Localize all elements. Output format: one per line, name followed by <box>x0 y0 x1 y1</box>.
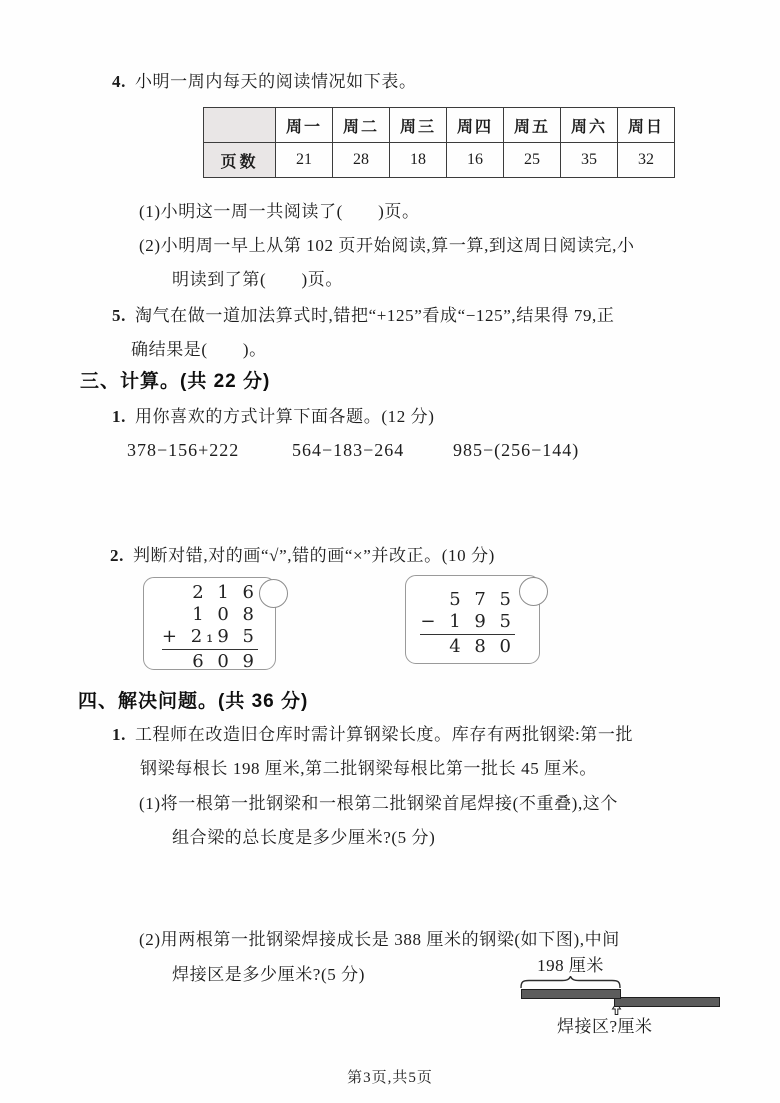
section3-q1-stem: 1.用你喜欢的方式计算下面各题。(12 分) <box>112 402 435 427</box>
section4-q1-part1-line2: 组合梁的总长度是多少厘米?(5 分) <box>172 823 435 848</box>
table-header-row: 周一 周二 周三 周四 周五 周六 周日 <box>204 108 675 143</box>
question-4-number: 4. <box>112 72 126 91</box>
table-day-cell: 周二 <box>333 108 390 143</box>
table-row-label: 页数 <box>204 143 276 178</box>
question-4-stem: 4.小明一周内每天的阅读情况如下表。 <box>112 67 417 92</box>
table-day-cell: 周五 <box>504 108 561 143</box>
table-day-cell: 周六 <box>561 108 618 143</box>
question-5-line1: 淘气在做一道加法算式时,错把“+125”看成“−125”,结果得 79,正 <box>135 306 615 325</box>
table-day-cell: 周四 <box>447 108 504 143</box>
addend-3-with-plus: + 2₁9 5 <box>162 626 258 648</box>
table-day-cell: 周一 <box>276 108 333 143</box>
minuend: 5 7 5 <box>420 589 515 611</box>
section4-q1-part2-line1: (2)用两根第一批钢梁焊接成长是 388 厘米的钢梁(如下图),中间 <box>139 925 620 950</box>
section3-q2-text: 判断对错,对的画“√”,错的画“×”并改正。(10 分) <box>133 546 495 565</box>
section4-q1-stem-line2: 钢梁每根长 198 厘米,第二批钢梁每根比第一批长 45 厘米。 <box>140 754 597 779</box>
expression-3: 985−(256−144) <box>453 440 579 461</box>
exam-page: 4.小明一周内每天的阅读情况如下表。 周一 周二 周三 周四 周五 周六 周日 … <box>0 0 780 1103</box>
second-beam-bar <box>614 997 720 1007</box>
table-value-cell: 21 <box>276 143 333 178</box>
sum-rule <box>162 649 258 650</box>
addition-judge-box: 2 1 6 1 0 8 + 2₁9 5 6 0 9 <box>143 577 276 670</box>
table-day-cell: 周日 <box>618 108 675 143</box>
weld-zone-label: 焊接区?厘米 <box>557 1012 653 1037</box>
question-5-stem: 5.淘气在做一道加法算式时,错把“+125”看成“−125”,结果得 79,正 <box>112 301 615 326</box>
section4-q1-part2-line2: 焊接区是多少厘米?(5 分) <box>172 960 365 985</box>
section-4-title: 四、解决问题。(共 36 分) <box>78 686 308 713</box>
expression-2: 564−183−264 <box>292 440 404 461</box>
question-4-part2-line1: (2)小明周一早上从第 102 页开始阅读,算一算,到这周日阅读完,小 <box>139 231 635 256</box>
first-beam-bar <box>521 989 621 999</box>
table-day-cell: 周三 <box>390 108 447 143</box>
table-value-cell: 25 <box>504 143 561 178</box>
table-corner-cell <box>204 108 276 143</box>
subtrahend-with-minus: − 1 9 5 <box>420 611 515 633</box>
reading-table: 周一 周二 周三 周四 周五 周六 周日 页数 21 28 18 16 25 3… <box>203 107 675 178</box>
section3-q1-text: 用你喜欢的方式计算下面各题。(12 分) <box>135 407 435 426</box>
vertical-subtraction: 5 7 5 − 1 9 5 4 8 0 <box>420 589 515 658</box>
table-value-cell: 28 <box>333 143 390 178</box>
section4-q1-stem-line1: 1.工程师在改造旧仓库时需计算钢梁长度。库存有两批钢梁:第一批 <box>112 720 633 745</box>
question-5-line2: 确结果是( )。 <box>131 335 267 360</box>
addition-result: 6 0 9 <box>162 651 258 673</box>
vertical-addition: 2 1 6 1 0 8 + 2₁9 5 6 0 9 <box>162 582 258 673</box>
expression-1: 378−156+222 <box>127 440 239 461</box>
page-footer: 第3页,共5页 <box>0 1066 780 1087</box>
addend-1: 2 1 6 <box>162 582 258 604</box>
question-5-number: 5. <box>112 306 126 325</box>
table-value-cell: 32 <box>618 143 675 178</box>
section4-q1-part1-line1: (1)将一根第一批钢梁和一根第二批钢梁首尾焊接(不重叠),这个 <box>139 789 618 814</box>
section3-q2-number: 2. <box>110 546 124 565</box>
addition-grading-circle[interactable] <box>259 579 288 608</box>
subtraction-result: 4 8 0 <box>420 636 515 658</box>
question-4-text: 小明一周内每天的阅读情况如下表。 <box>135 72 417 91</box>
table-value-cell: 35 <box>561 143 618 178</box>
section3-q1-number: 1. <box>112 407 126 426</box>
addend-2: 1 0 8 <box>162 604 258 626</box>
question-4-part2-line2: 明读到了第( )页。 <box>172 265 343 290</box>
question-4-part1: (1)小明这一周一共阅读了( )页。 <box>139 197 420 222</box>
beam-length-label: 198 厘米 <box>520 951 621 976</box>
length-brace-icon <box>520 976 621 989</box>
subtraction-grading-circle[interactable] <box>519 577 548 606</box>
difference-rule <box>420 634 515 635</box>
section-3-title: 三、计算。(共 22 分) <box>80 366 270 393</box>
table-value-cell: 16 <box>447 143 504 178</box>
table-value-cell: 18 <box>390 143 447 178</box>
section4-q1-text-line1: 工程师在改造旧仓库时需计算钢梁长度。库存有两批钢梁:第一批 <box>135 725 633 744</box>
section3-q2-stem: 2.判断对错,对的画“√”,错的画“×”并改正。(10 分) <box>110 541 495 566</box>
section4-q1-number: 1. <box>112 725 126 744</box>
table-value-row: 页数 21 28 18 16 25 35 32 <box>204 143 675 178</box>
